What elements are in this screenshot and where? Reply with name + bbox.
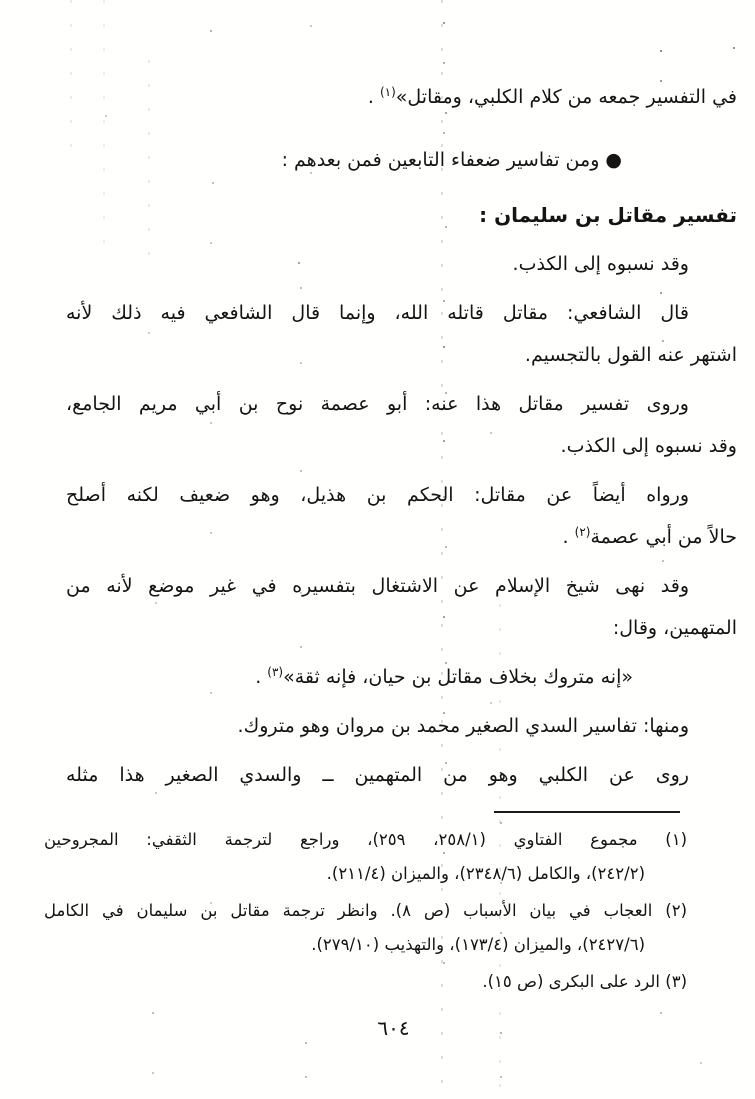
text-line: وقد نسبوه إلى الكذب. <box>66 243 737 285</box>
text-line: (٣) الرد على البكرى (ص ١٥). <box>44 965 687 999</box>
footnote-divider <box>494 811 680 813</box>
text-segment: وقد نسبوه إلى الكذب. <box>561 435 737 457</box>
text-segment: روى عن الكلبي وهو من المتهمين ــ والسدي … <box>66 764 689 786</box>
text-segment: ومنها: تفاسير السدي الصغير محمد بن مروان… <box>238 715 689 737</box>
paragraph: وقد نسبوه إلى الكذب. <box>66 243 737 285</box>
paragraph: ورواه أيضاً عن مقاتل: الحكم بن هذيل، وهو… <box>66 474 737 558</box>
paragraph: قال الشافعي: مقاتل قاتله الله، وإنما قال… <box>66 292 737 376</box>
section-heading: تفسير مقاتل بن سليمان : <box>66 194 737 236</box>
text-segment: اشتهر عنه القول بالتجسيم. <box>525 344 737 366</box>
text-line: (٢٤٢٧/٦)، والميزان (١٧٣/٤)، والتهذيب (٢٧… <box>44 928 687 962</box>
text-segment: «إنه متروك بخلاف مقاتل بن حيان، فإنه ثقة… <box>283 666 633 688</box>
text-segment: وقد نهى شيخ الإسلام عن الاشتغال بتفسيره … <box>66 575 689 597</box>
footnote-marker: (٢) <box>575 525 591 539</box>
page-number: ٦٠٤ <box>50 1016 737 1040</box>
footnote-marker: (٣) <box>267 665 283 679</box>
text-line: ورواه أيضاً عن مقاتل: الحكم بن هذيل، وهو… <box>66 474 737 516</box>
text-segment: تفسير مقاتل بن سليمان : <box>479 203 737 227</box>
paragraph: ومنها: تفاسير السدي الصغير محمد بن مروان… <box>66 705 737 747</box>
text-segment: (٢) العجاب في بيان الأسباب (ص ٨). وانظر … <box>44 901 687 920</box>
text-segment: (٢٤٢/٢)، والكامل (٢٣٤٨/٦)، والميزان (٢١١… <box>327 864 645 883</box>
text-segment: المتهمين، وقال: <box>613 617 737 639</box>
paragraph: في التفسير جمعه من كلام الكلبي، ومقاتل»(… <box>66 76 737 118</box>
bullet-list-item: ● ومن تفاسير ضعفاء التابعين فمن بعدهم : <box>66 139 737 181</box>
text-line: (٢) العجاب في بيان الأسباب (ص ٨). وانظر … <box>44 894 687 928</box>
text-line: قال الشافعي: مقاتل قاتله الله، وإنما قال… <box>66 292 737 334</box>
text-line: وروى تفسير مقاتل هذا عنه: أبو عصمة نوح ب… <box>66 383 737 425</box>
text-segment: (١) مجموع الفتاوي (٢٥٨/١، ٢٥٩)، وراجع لت… <box>44 830 687 849</box>
paragraph: وقد نهى شيخ الإسلام عن الاشتغال بتفسيره … <box>66 565 737 649</box>
text-line: حالاً من أبي عصمة(٢) . <box>66 516 737 558</box>
text-segment: قال الشافعي: مقاتل قاتله الله، وإنما قال… <box>66 302 689 324</box>
quote-paragraph: «إنه متروك بخلاف مقاتل بن حيان، فإنه ثقة… <box>66 656 737 698</box>
text-segment: . <box>255 666 267 688</box>
text-line: (٢٤٢/٢)، والكامل (٢٣٤٨/٦)، والميزان (٢١١… <box>44 857 687 891</box>
text-line: اشتهر عنه القول بالتجسيم. <box>66 334 737 376</box>
footnote-item: (١) مجموع الفتاوي (٢٥٨/١، ٢٥٩)، وراجع لت… <box>44 823 687 891</box>
text-line: وقد نسبوه إلى الكذب. <box>66 425 737 467</box>
text-segment: ● ومن تفاسير ضعفاء التابعين فمن بعدهم : <box>282 149 622 171</box>
body-text: في التفسير جمعه من كلام الكلبي، ومقاتل»(… <box>50 76 737 803</box>
text-segment: حالاً من أبي عصمة <box>590 526 737 548</box>
text-line: (١) مجموع الفتاوي (٢٥٨/١، ٢٥٩)، وراجع لت… <box>44 823 687 857</box>
text-line: ● ومن تفاسير ضعفاء التابعين فمن بعدهم : <box>66 139 737 181</box>
text-segment: وروى تفسير مقاتل هذا عنه: أبو عصمة نوح ب… <box>66 393 689 415</box>
text-line: تفسير مقاتل بن سليمان : <box>66 194 737 236</box>
text-line: وقد نهى شيخ الإسلام عن الاشتغال بتفسيره … <box>66 565 737 607</box>
text-segment: في التفسير جمعه من كلام الكلبي، ومقاتل» <box>396 86 737 108</box>
text-segment: (٣) الرد على البكرى (ص ١٥). <box>482 972 687 991</box>
text-segment: (٢٤٢٧/٦)، والميزان (١٧٣/٤)، والتهذيب (٢٧… <box>311 935 645 954</box>
footnote-marker: (١) <box>380 85 396 99</box>
text-segment: . <box>368 86 380 108</box>
text-line: ومنها: تفاسير السدي الصغير محمد بن مروان… <box>66 705 737 747</box>
text-segment: . <box>563 526 575 548</box>
text-line: «إنه متروك بخلاف مقاتل بن حيان، فإنه ثقة… <box>66 656 737 698</box>
page-content: في التفسير جمعه من كلام الكلبي، ومقاتل»(… <box>0 0 755 1099</box>
paragraph: وروى تفسير مقاتل هذا عنه: أبو عصمة نوح ب… <box>66 383 737 467</box>
text-segment: وقد نسبوه إلى الكذب. <box>513 253 689 275</box>
text-segment: ورواه أيضاً عن مقاتل: الحكم بن هذيل، وهو… <box>66 484 689 506</box>
paragraph: روى عن الكلبي وهو من المتهمين ــ والسدي … <box>66 754 737 796</box>
text-line: المتهمين، وقال: <box>66 607 737 649</box>
text-line: روى عن الكلبي وهو من المتهمين ــ والسدي … <box>66 754 737 796</box>
book-page: في التفسير جمعه من كلام الكلبي، ومقاتل»(… <box>0 0 755 1099</box>
footnote-item: (٢) العجاب في بيان الأسباب (ص ٨). وانظر … <box>44 894 687 962</box>
text-line: في التفسير جمعه من كلام الكلبي، ومقاتل»(… <box>66 76 737 118</box>
footnotes-section: (١) مجموع الفتاوي (٢٥٨/١، ٢٥٩)، وراجع لت… <box>44 823 737 1002</box>
footnote-item: (٣) الرد على البكرى (ص ١٥). <box>44 965 687 999</box>
